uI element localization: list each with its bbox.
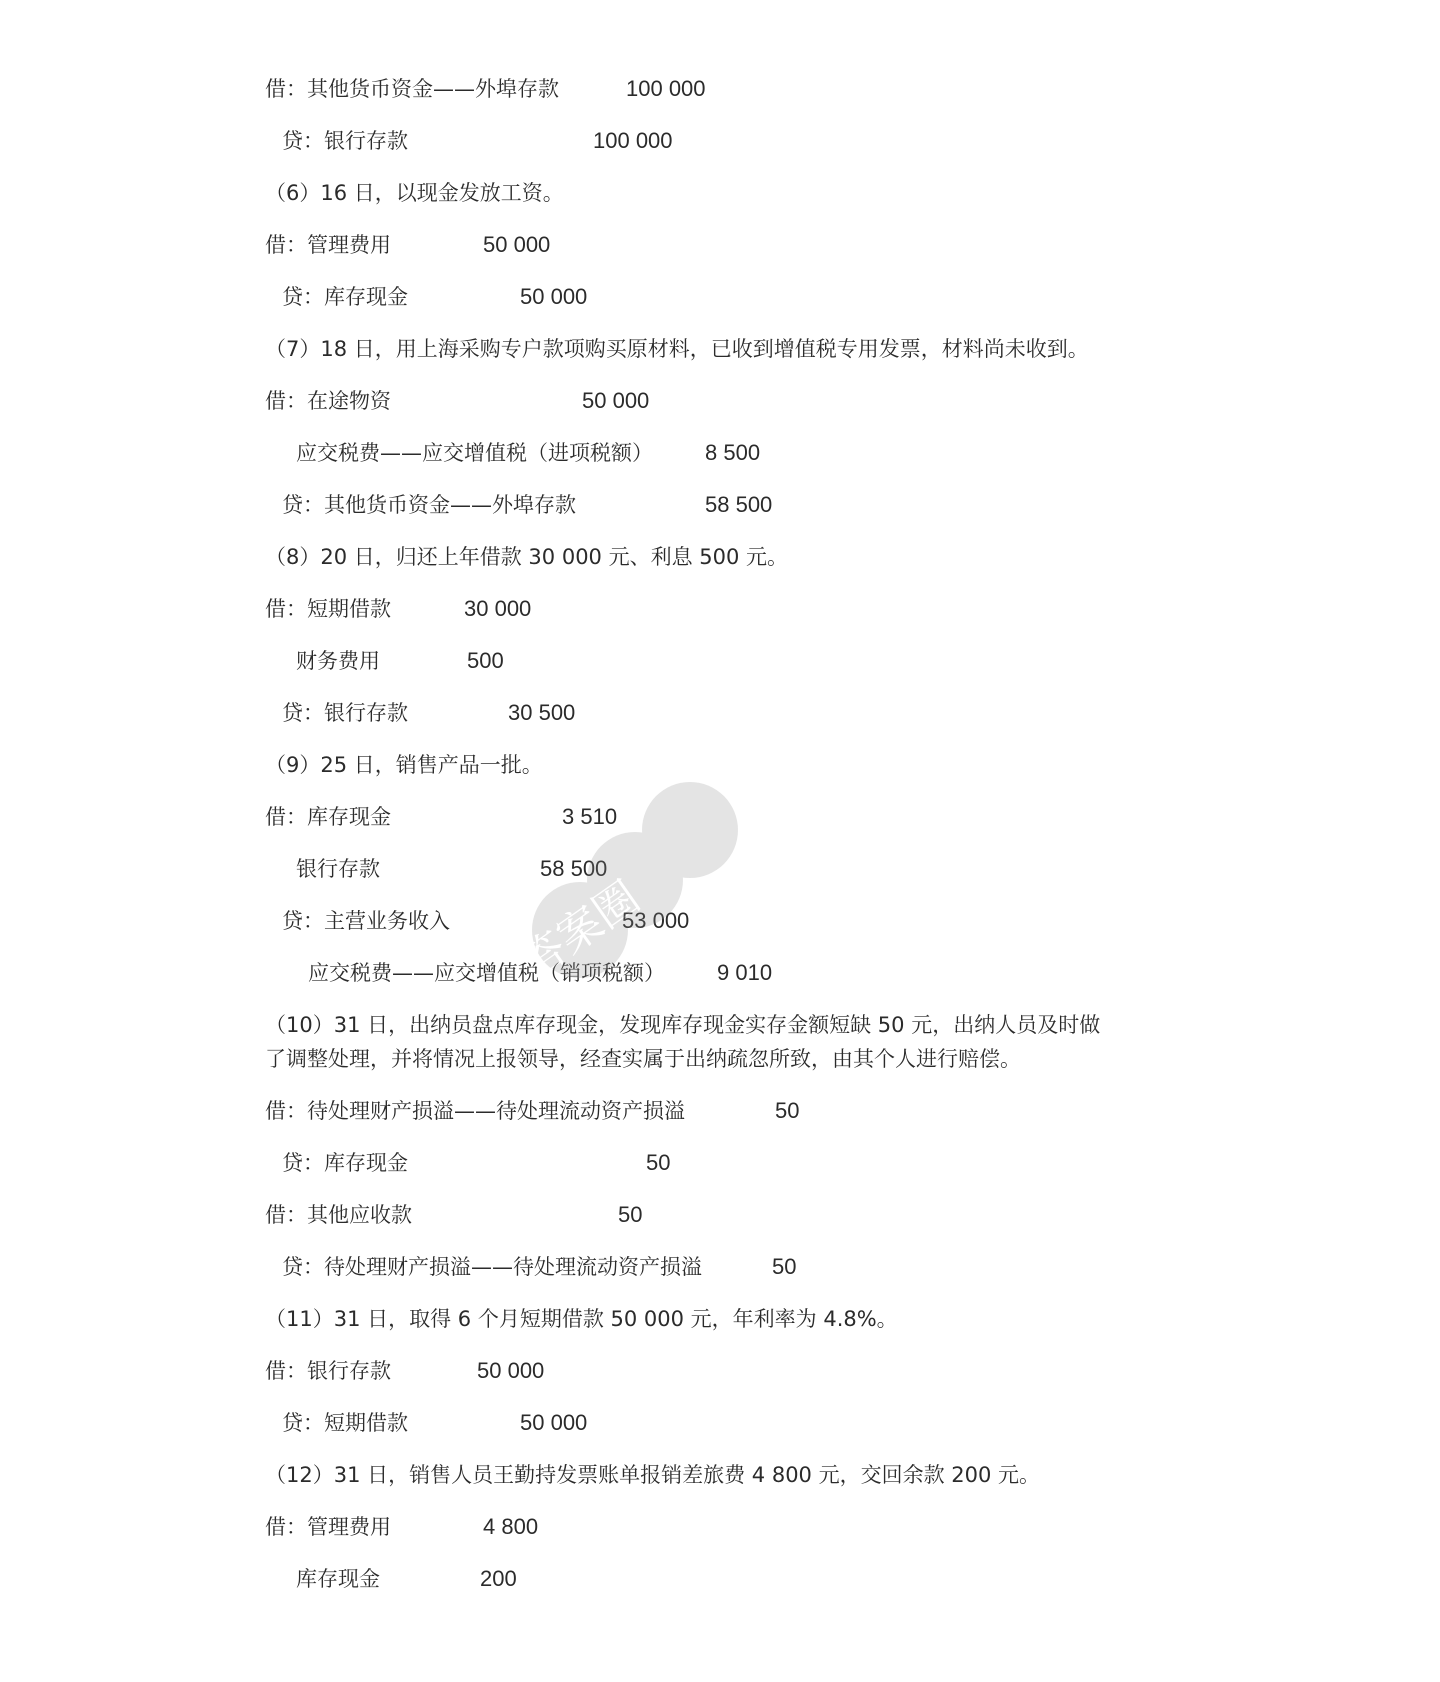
document-page: 借：其他货币资金——外埠存款100 000贷：银行存款100 000（6）16 … bbox=[0, 0, 1440, 1682]
transaction-description: （6）16 日，以现金发放工资。 bbox=[265, 180, 1165, 208]
journal-line: 借：银行存款50 000 bbox=[265, 1358, 1165, 1386]
line-amount: 50 bbox=[646, 1150, 670, 1176]
line-amount: 58 500 bbox=[705, 492, 772, 518]
transaction-description: （10）31 日，出纳员盘点库存现金，发现库存现金实存金额短缺 50 元，出纳人… bbox=[265, 1012, 1165, 1040]
line-amount: 50 000 bbox=[582, 388, 649, 414]
line-amount: 9 010 bbox=[717, 960, 772, 986]
line-label: 借：其他货币资金——外埠存款 bbox=[265, 76, 559, 102]
line-amount: 50 000 bbox=[520, 1410, 587, 1436]
line-amount: 30 000 bbox=[464, 596, 531, 622]
journal-line: 借：库存现金3 510 bbox=[265, 804, 1165, 832]
line-label: 借：在途物资 bbox=[265, 388, 391, 414]
line-label: （8）20 日，归还上年借款 30 000 元、利息 500 元。 bbox=[265, 544, 788, 570]
journal-line: 借：其他货币资金——外埠存款100 000 bbox=[265, 76, 1165, 104]
journal-line: 贷：库存现金50 bbox=[282, 1150, 1182, 1178]
line-amount: 50 bbox=[772, 1254, 796, 1280]
journal-line: 应交税费——应交增值税（销项税额）9 010 bbox=[308, 960, 1208, 988]
line-amount: 200 bbox=[480, 1566, 517, 1592]
line-label: 财务费用 bbox=[296, 648, 380, 674]
line-label: 贷：库存现金 bbox=[282, 1150, 408, 1176]
transaction-description: （11）31 日，取得 6 个月短期借款 50 000 元，年利率为 4.8%。 bbox=[265, 1306, 1165, 1334]
journal-line: 借：在途物资50 000 bbox=[265, 388, 1165, 416]
line-amount: 50 000 bbox=[520, 284, 587, 310]
journal-line: 借：待处理财产损溢——待处理流动资产损溢50 bbox=[265, 1098, 1165, 1126]
line-label: （7）18 日，用上海采购专户款项购买原材料，已收到增值税专用发票，材料尚未收到… bbox=[265, 336, 1089, 362]
transaction-description: （7）18 日，用上海采购专户款项购买原材料，已收到增值税专用发票，材料尚未收到… bbox=[265, 336, 1165, 364]
line-label: 贷：银行存款 bbox=[282, 128, 408, 154]
line-label: 借：库存现金 bbox=[265, 804, 391, 830]
journal-line: 贷：短期借款50 000 bbox=[282, 1410, 1182, 1438]
line-amount: 53 000 bbox=[622, 908, 689, 934]
line-label: 贷：待处理财产损溢——待处理流动资产损溢 bbox=[282, 1254, 702, 1280]
line-label: （11）31 日，取得 6 个月短期借款 50 000 元，年利率为 4.8%。 bbox=[265, 1306, 898, 1332]
line-label: 借：短期借款 bbox=[265, 596, 391, 622]
line-label: （12）31 日，销售人员王勤持发票账单报销差旅费 4 800 元，交回余款 2… bbox=[265, 1462, 1040, 1488]
line-label: （10）31 日，出纳员盘点库存现金，发现库存现金实存金额短缺 50 元，出纳人… bbox=[265, 1012, 1100, 1038]
line-label: 借：管理费用 bbox=[265, 232, 391, 258]
journal-line: 贷：库存现金50 000 bbox=[282, 284, 1182, 312]
line-label: 应交税费——应交增值税（销项税额） bbox=[308, 960, 665, 986]
line-label: 贷：银行存款 bbox=[282, 700, 408, 726]
transaction-description: （12）31 日，销售人员王勤持发票账单报销差旅费 4 800 元，交回余款 2… bbox=[265, 1462, 1165, 1490]
line-amount: 4 800 bbox=[483, 1514, 538, 1540]
line-amount: 58 500 bbox=[540, 856, 607, 882]
transaction-description: 了调整处理，并将情况上报领导，经查实属于出纳疏忽所致，由其个人进行赔偿。 bbox=[265, 1046, 1165, 1074]
journal-line: 贷：其他货币资金——外埠存款58 500 bbox=[282, 492, 1182, 520]
journal-line: 借：短期借款30 000 bbox=[265, 596, 1165, 624]
journal-line: 借：其他应收款50 bbox=[265, 1202, 1165, 1230]
line-label: 贷：主营业务收入 bbox=[282, 908, 450, 934]
journal-line: 借：管理费用50 000 bbox=[265, 232, 1165, 260]
line-amount: 50 000 bbox=[483, 232, 550, 258]
line-label: 了调整处理，并将情况上报领导，经查实属于出纳疏忽所致，由其个人进行赔偿。 bbox=[265, 1046, 1021, 1072]
line-label: 应交税费——应交增值税（进项税额） bbox=[296, 440, 653, 466]
journal-line: 贷：银行存款100 000 bbox=[282, 128, 1182, 156]
line-label: 银行存款 bbox=[296, 856, 380, 882]
line-amount: 50 bbox=[775, 1098, 799, 1124]
line-label: 贷：其他货币资金——外埠存款 bbox=[282, 492, 576, 518]
line-amount: 8 500 bbox=[705, 440, 760, 466]
journal-line: 贷：主营业务收入53 000 bbox=[282, 908, 1182, 936]
line-label: 借：待处理财产损溢——待处理流动资产损溢 bbox=[265, 1098, 685, 1124]
line-label: 借：管理费用 bbox=[265, 1514, 391, 1540]
transaction-description: （9）25 日，销售产品一批。 bbox=[265, 752, 1165, 780]
journal-line: 财务费用500 bbox=[296, 648, 1196, 676]
journal-line: 银行存款58 500 bbox=[296, 856, 1196, 884]
line-label: （6）16 日，以现金发放工资。 bbox=[265, 180, 564, 206]
journal-line: 库存现金200 bbox=[296, 1566, 1196, 1594]
line-label: 借：其他应收款 bbox=[265, 1202, 412, 1228]
transaction-description: （8）20 日，归还上年借款 30 000 元、利息 500 元。 bbox=[265, 544, 1165, 572]
journal-line: 借：管理费用4 800 bbox=[265, 1514, 1165, 1542]
line-amount: 50 000 bbox=[477, 1358, 544, 1384]
line-label: （9）25 日，销售产品一批。 bbox=[265, 752, 543, 778]
line-amount: 3 510 bbox=[562, 804, 617, 830]
line-amount: 30 500 bbox=[508, 700, 575, 726]
line-amount: 100 000 bbox=[593, 128, 673, 154]
journal-line: 贷：待处理财产损溢——待处理流动资产损溢50 bbox=[282, 1254, 1182, 1282]
line-label: 库存现金 bbox=[296, 1566, 380, 1592]
line-amount: 50 bbox=[618, 1202, 642, 1228]
line-label: 贷：短期借款 bbox=[282, 1410, 408, 1436]
journal-line: 贷：银行存款30 500 bbox=[282, 700, 1182, 728]
line-amount: 100 000 bbox=[626, 76, 706, 102]
line-amount: 500 bbox=[467, 648, 504, 674]
journal-line: 应交税费——应交增值税（进项税额）8 500 bbox=[296, 440, 1196, 468]
line-label: 借：银行存款 bbox=[265, 1358, 391, 1384]
line-label: 贷：库存现金 bbox=[282, 284, 408, 310]
